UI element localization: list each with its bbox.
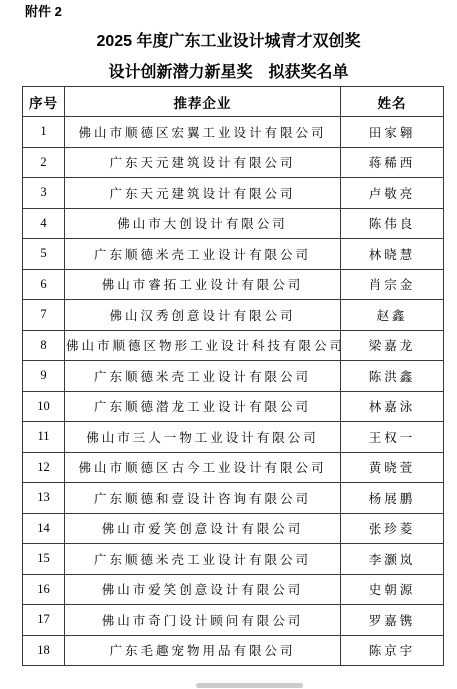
row-name-cell: 林晓慧 — [341, 239, 444, 270]
table-row: 13广东顺德和壹设计咨询有限公司杨展鹏 — [23, 483, 444, 514]
table-row: 1佛山市顺德区宏翼工业设计有限公司田家翱 — [23, 117, 444, 148]
row-name-cell: 赵鑫 — [341, 300, 444, 331]
row-index-cell: 16 — [23, 574, 65, 605]
row-name-cell: 张珍菱 — [341, 513, 444, 544]
row-company-cell: 广东天元建筑设计有限公司 — [65, 178, 341, 209]
row-company-cell: 佛山市三人一物工业设计有限公司 — [65, 422, 341, 453]
row-index-cell: 17 — [23, 605, 65, 636]
row-name-cell: 黄晓萱 — [341, 452, 444, 483]
award-table: 序号 推荐企业 姓名 1佛山市顺德区宏翼工业设计有限公司田家翱2广东天元建筑设计… — [22, 86, 444, 666]
row-index-cell: 11 — [23, 422, 65, 453]
row-index-cell: 12 — [23, 452, 65, 483]
row-index-cell: 3 — [23, 178, 65, 209]
row-company-cell: 佛山市大创设计有限公司 — [65, 208, 341, 239]
row-company-cell: 佛山市奇门设计顾问有限公司 — [65, 605, 341, 636]
row-name-cell: 肖宗金 — [341, 269, 444, 300]
table-row: 5广东顺德米壳工业设计有限公司林晓慧 — [23, 239, 444, 270]
table-row: 4佛山市大创设计有限公司陈伟良 — [23, 208, 444, 239]
row-name-cell: 卢敬亮 — [341, 178, 444, 209]
row-company-cell: 广东顺德和壹设计咨询有限公司 — [65, 483, 341, 514]
row-company-cell: 佛山市顺德区物形工业设计科技有限公司 — [65, 330, 341, 361]
document-page: 附件 2 2025 年度广东工业设计城青才双创奖 设计创新潜力新星奖 拟获奖名单… — [0, 0, 457, 689]
row-company-cell: 广东毛趣宠物用品有限公司 — [65, 635, 341, 666]
row-name-cell: 陈伟良 — [341, 208, 444, 239]
row-name-cell: 史朝源 — [341, 574, 444, 605]
row-index-cell: 2 — [23, 147, 65, 178]
row-index-cell: 13 — [23, 483, 65, 514]
table-row: 15广东顺德米壳工业设计有限公司李灏岚 — [23, 544, 444, 575]
row-index-cell: 1 — [23, 117, 65, 148]
table-row: 8佛山市顺德区物形工业设计科技有限公司梁嘉龙 — [23, 330, 444, 361]
table-row: 16佛山市爱笑创意设计有限公司史朝源 — [23, 574, 444, 605]
row-index-cell: 9 — [23, 361, 65, 392]
attachment-label: 附件 2 — [25, 1, 62, 20]
header-index: 序号 — [23, 87, 65, 117]
table-row: 9广东顺德米壳工业设计有限公司陈洪鑫 — [23, 361, 444, 392]
row-company-cell: 广东顺德米壳工业设计有限公司 — [65, 361, 341, 392]
row-name-cell: 杨展鹏 — [341, 483, 444, 514]
row-index-cell: 4 — [23, 208, 65, 239]
row-name-cell: 蒋稀西 — [341, 147, 444, 178]
table-row: 14佛山市爱笑创意设计有限公司张珍菱 — [23, 513, 444, 544]
table-row: 2广东天元建筑设计有限公司蒋稀西 — [23, 147, 444, 178]
row-company-cell: 佛山市顺德区古今工业设计有限公司 — [65, 452, 341, 483]
row-company-cell: 佛山市爱笑创意设计有限公司 — [65, 574, 341, 605]
table-row: 10广东顺德潜龙工业设计有限公司林嘉泳 — [23, 391, 444, 422]
table-row: 11佛山市三人一物工业设计有限公司王权一 — [23, 422, 444, 453]
horizontal-scrollbar-thumb[interactable] — [196, 683, 303, 688]
row-company-cell: 佛山市睿拓工业设计有限公司 — [65, 269, 341, 300]
row-name-cell: 李灏岚 — [341, 544, 444, 575]
row-index-cell: 15 — [23, 544, 65, 575]
row-name-cell: 田家翱 — [341, 117, 444, 148]
row-company-cell: 广东顺德米壳工业设计有限公司 — [65, 239, 341, 270]
row-name-cell: 陈洪鑫 — [341, 361, 444, 392]
row-company-cell: 广东顺德潜龙工业设计有限公司 — [65, 391, 341, 422]
doc-title-line1: 2025 年度广东工业设计城青才双创奖 — [0, 28, 457, 51]
row-name-cell: 梁嘉龙 — [341, 330, 444, 361]
row-name-cell: 王权一 — [341, 422, 444, 453]
row-company-cell: 佛山市顺德区宏翼工业设计有限公司 — [65, 117, 341, 148]
row-index-cell: 6 — [23, 269, 65, 300]
row-index-cell: 14 — [23, 513, 65, 544]
table-row: 3广东天元建筑设计有限公司卢敬亮 — [23, 178, 444, 209]
row-index-cell: 5 — [23, 239, 65, 270]
row-index-cell: 10 — [23, 391, 65, 422]
row-name-cell: 林嘉泳 — [341, 391, 444, 422]
header-name: 姓名 — [341, 87, 444, 117]
row-name-cell: 罗嘉镌 — [341, 605, 444, 636]
row-index-cell: 8 — [23, 330, 65, 361]
doc-title-line2: 设计创新潜力新星奖 拟获奖名单 — [0, 59, 457, 82]
table-row: 7佛山汉秀创意设计有限公司赵鑫 — [23, 300, 444, 331]
header-company: 推荐企业 — [65, 87, 341, 117]
row-company-cell: 佛山市爱笑创意设计有限公司 — [65, 513, 341, 544]
row-company-cell: 佛山汉秀创意设计有限公司 — [65, 300, 341, 331]
row-company-cell: 广东天元建筑设计有限公司 — [65, 147, 341, 178]
row-index-cell: 18 — [23, 635, 65, 666]
table-header-row: 序号 推荐企业 姓名 — [23, 87, 444, 117]
row-company-cell: 广东顺德米壳工业设计有限公司 — [65, 544, 341, 575]
row-name-cell: 陈京宇 — [341, 635, 444, 666]
table-row: 18广东毛趣宠物用品有限公司陈京宇 — [23, 635, 444, 666]
table-row: 17佛山市奇门设计顾问有限公司罗嘉镌 — [23, 605, 444, 636]
table-row: 12佛山市顺德区古今工业设计有限公司黄晓萱 — [23, 452, 444, 483]
row-index-cell: 7 — [23, 300, 65, 331]
table-row: 6佛山市睿拓工业设计有限公司肖宗金 — [23, 269, 444, 300]
